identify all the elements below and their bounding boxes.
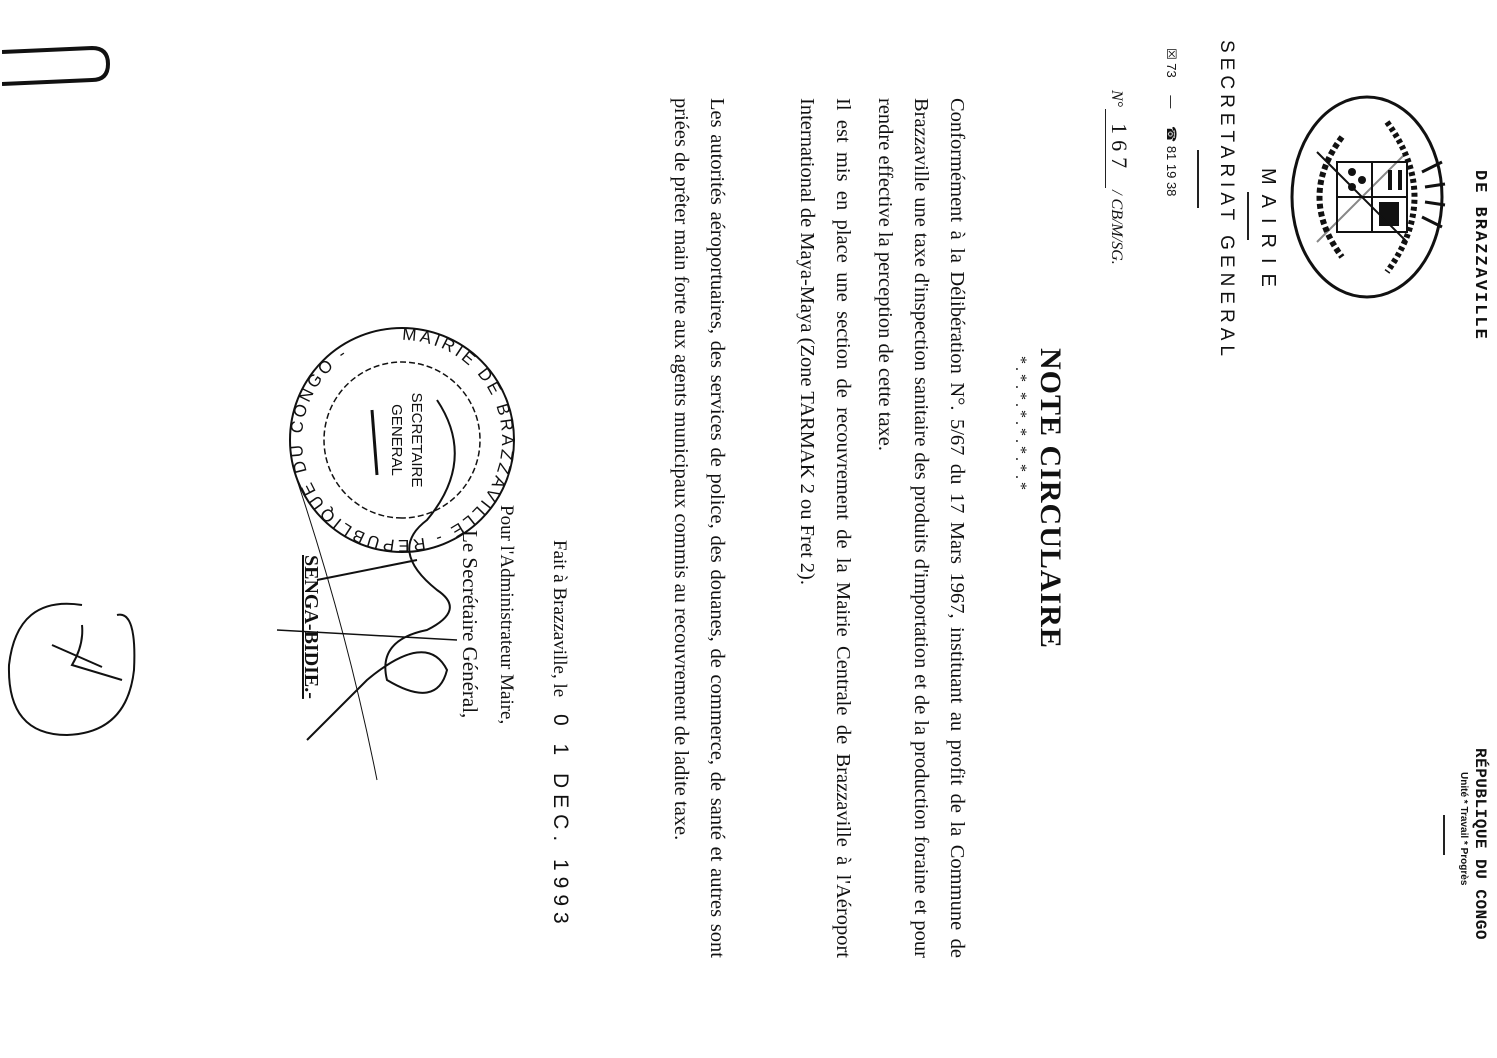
document-title: NOTE CIRCULAIRE [1033,348,1067,649]
ref-number: 167 [1105,109,1132,188]
country-name: RÉPUBLIQUE DU CONGO [1471,748,1489,940]
signatory-name: SENGA-BIDIE.- [299,555,322,699]
divider [1197,150,1199,208]
paragraph-2: Il est mis en place une section de recou… [789,98,861,958]
ref-suffix: / CB/M/SG. [1108,190,1125,265]
place-date-prefix: Fait à Brazzaville, le [549,540,570,697]
telephone-icon: ☎ [1164,126,1179,142]
org-name-top: DE BRAZZAVILLE [1470,170,1489,341]
department-title: SECRETARIAT GENERAL [1215,40,1237,361]
contact-line: ☒ 73 — ☎ 81 19 38 [1163,48,1179,196]
phone-number: 81 19 38 [1164,146,1179,197]
separator: — [1164,95,1179,108]
reference-number: N°167/ CB/M/SG. [1105,90,1132,265]
handwritten-initial-mark [2,585,142,745]
paragraph-3: Les autorités aéroportuaires, des servic… [663,98,735,958]
paragraph-1: Conformément à la Délibération N°. 5/67 … [867,98,975,958]
po-box: ☒ 73 [1164,48,1179,78]
place-date: Fait à Brazzaville, le 0 1 DEC. 1993 [548,540,572,930]
date-stamp: 0 1 DEC. 1993 [549,714,572,930]
coat-of-arms-icon [1287,92,1447,302]
ref-prefix: N° [1108,90,1125,107]
national-motto: Unité * Travail * Progrès [1458,772,1469,885]
paperclip-icon [2,40,112,130]
document-page: DE BRAZZAVILLE MAIRIE SECRETARIAT GENERA… [0,0,1497,1058]
divider [1247,192,1249,240]
title-ornament: *.*.*.*.*.*.*.* [1011,356,1029,493]
divider [1443,815,1445,855]
office-title: MAIRIE [1256,168,1279,297]
